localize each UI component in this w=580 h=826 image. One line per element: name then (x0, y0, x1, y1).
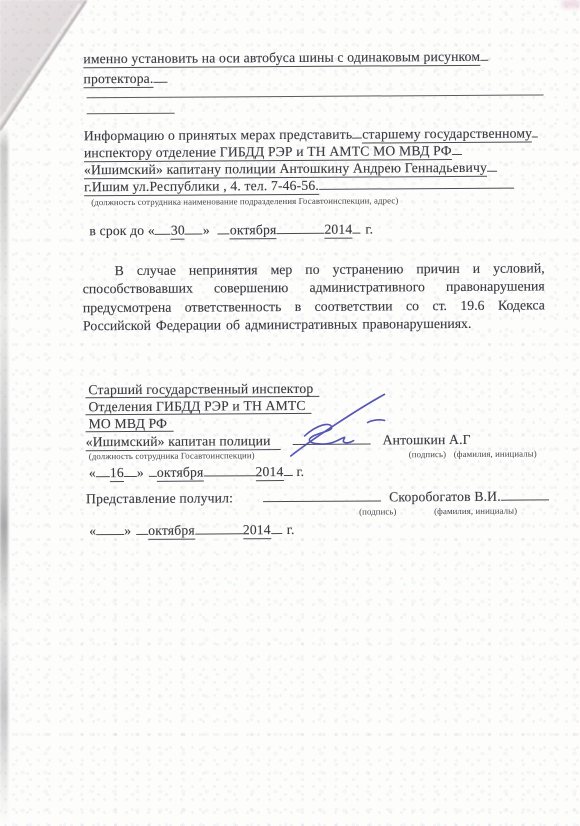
receiver-caption-sign: (подпись) (359, 506, 396, 516)
deadline-day: 30 (171, 223, 185, 240)
scan-smudge-top-right (562, 0, 580, 8)
deadline-close-quote: » (203, 222, 210, 237)
signer-post-line-3: МО МВД РФ (86, 416, 174, 433)
blank-line (203, 463, 255, 476)
signer-post-4: «Ишимский» капитан полиции (86, 433, 281, 451)
page-corner-fold (0, 0, 100, 140)
deadline-label: в срок до « (89, 223, 155, 238)
signer-caption-post: (должность сотрудника Госавтоинспекции) (89, 450, 255, 461)
receiver-signature-blank (263, 488, 381, 502)
report-caption: (должность сотрудника наименование подра… (91, 195, 398, 207)
signer-date-suffix: г. (296, 464, 304, 479)
blank-ruled-line (87, 94, 544, 98)
blank-line (149, 464, 157, 477)
signer-date-line: «16»октября2014г. (89, 463, 304, 481)
signer-caption-name: (фамилия, инициалы) (454, 448, 537, 459)
blank-line (155, 222, 171, 235)
signer-date-month: октября (157, 465, 204, 482)
blank-line (218, 221, 230, 234)
blank-line (480, 48, 488, 61)
blank-line (96, 464, 110, 477)
receiver-date-year: 2014 (243, 522, 271, 539)
blank-line (153, 70, 167, 83)
blank-line (487, 159, 497, 172)
deadline-line: в срок до «30»октября2014г. (89, 220, 373, 239)
warning-paragraph: В случае непринятия мер по устранению пр… (83, 259, 545, 335)
quote-close: » (137, 465, 144, 480)
receiver-name: Скоробогатов В.И. (389, 489, 501, 505)
blank-line (276, 221, 324, 234)
blank-line (501, 487, 549, 500)
signer-date-day: 16 (110, 465, 124, 482)
signer-post-3: МО МВД РФ (86, 416, 174, 433)
blank-line (195, 521, 243, 534)
scanned-document-page: { "doc": { "intro": { "line1": "именно у… (0, 0, 580, 826)
deadline-year: 2014 (324, 222, 352, 239)
report-to-1: старшему государственному (362, 126, 532, 144)
receiver-date-line: «»октября2014г. (89, 521, 294, 539)
page-edge-shadow (0, 126, 8, 826)
report-lead: Информацию о принятых мерах представить (84, 127, 353, 144)
blank-line (271, 521, 282, 534)
report-to-4: г.Ишим ул.Республики , 4. тел. 7-46-56. (84, 178, 319, 196)
report-line-1: Информацию о принятых мерах представитьс… (84, 124, 538, 144)
deadline-suffix: г. (365, 221, 373, 236)
receiver-caption-name: (фамилия, инициалы) (434, 506, 517, 517)
handwritten-signature (270, 382, 410, 463)
blank-line (319, 176, 514, 190)
intro-text-1: именно установить на оси автобуса шины с… (83, 49, 480, 68)
receiver-label: Представление получил: (86, 490, 233, 506)
report-line-4: г.Ишим ул.Республики , 4. тел. 7-46-56. (84, 176, 514, 196)
deadline-month: октября (230, 222, 277, 239)
quote-close: » (124, 523, 131, 538)
signer-date-year: 2014 (255, 464, 283, 481)
blank-line (136, 522, 148, 535)
blank-line (352, 221, 360, 234)
blank-line (452, 142, 462, 155)
receiver-date-month: октября (148, 523, 195, 540)
signer-caption-sign: (подпись) (409, 449, 446, 459)
receiver-date-suffix: г. (287, 522, 295, 537)
receiver-line: Представление получил:Скоробогатов В.И. (86, 487, 549, 507)
intro-line-1: именно установить на оси автобуса шины с… (83, 48, 488, 67)
blank-line (532, 124, 538, 137)
blank-line (124, 464, 137, 477)
blank-line (185, 222, 203, 235)
blank-line (352, 126, 362, 139)
blank-line (283, 463, 292, 476)
blank-line (96, 522, 124, 535)
quote-open: « (89, 523, 96, 538)
